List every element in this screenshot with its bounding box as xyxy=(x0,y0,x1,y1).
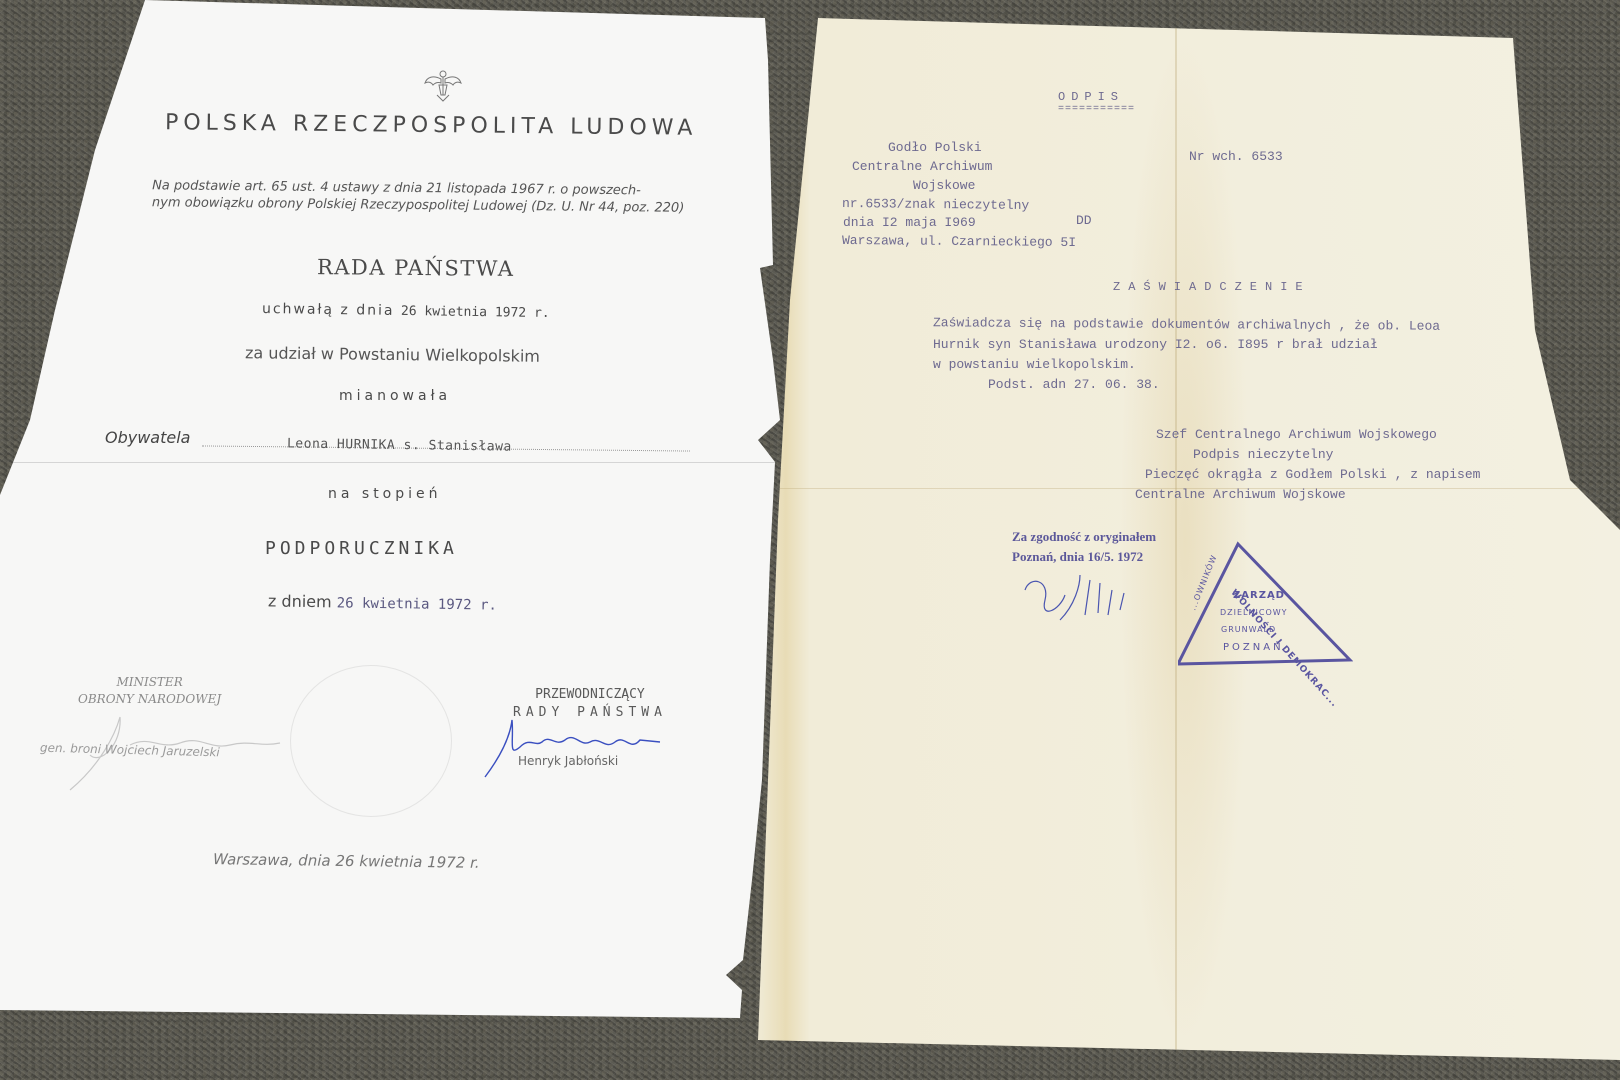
place-date-line: Warszawa, dnia 26 kwietnia 1972 r. xyxy=(213,850,480,872)
header-line: Warszawa, ul. Czarnieckiego 5I xyxy=(842,233,1076,250)
reference-number: Nr wch. 6533 xyxy=(1189,149,1283,164)
body-line: w powstaniu wielkopolskim. xyxy=(933,357,1136,372)
signature-block-line: Centralne Archiwum Wojskowe xyxy=(1135,487,1346,502)
issuer: RADA PAŃSTWA xyxy=(317,255,515,281)
certification-line: Za zgodność z oryginałem xyxy=(1012,529,1156,545)
resolution-date: 26 kwietnia 1972 r. xyxy=(401,304,550,321)
minister-title: MINISTER OBRONY NARODOWEJ xyxy=(78,674,221,708)
rank: PODPORUCZNIKA xyxy=(265,538,458,559)
effective-date: 26 kwietnia 1972 r. xyxy=(337,595,497,613)
body-line: Podst. adn 27. 06. 38. xyxy=(988,377,1160,392)
reason: za udział w Powstaniu Wielkopolskim xyxy=(245,343,540,366)
place-prefix: Warszawa, dnia xyxy=(213,850,331,870)
chairman-signature xyxy=(480,712,670,782)
certificate-title: ZAŚWIADCZENIE xyxy=(1113,280,1311,294)
resolution-line: uchwałą z dnia 26 kwietnia 1972 r. xyxy=(262,301,550,321)
country-title: POLSKA RZECZPOSPOLITA LUDOWA xyxy=(165,110,698,141)
body-line: Zaświadcza się na podstawie dokumentów a… xyxy=(933,315,1440,334)
chairman-name: Henryk Jabłoński xyxy=(518,754,618,768)
header-line: dnia I2 maja I969 xyxy=(843,215,976,230)
triangular-stamp: ZARZĄD DZIELNICOWY GRUNWALD POZNAŃ ...OW… xyxy=(1178,540,1353,685)
paper-fold-vertical xyxy=(1175,20,1177,1060)
effective-prefix: z dniem xyxy=(268,591,332,611)
certifier-signature xyxy=(1020,565,1150,640)
dd-mark: DD xyxy=(1076,213,1092,228)
signature-block-line: Szef Centralnego Archiwum Wojskowego xyxy=(1156,427,1437,442)
signature-block-line: Podpis nieczytelny xyxy=(1193,447,1333,462)
signature-block-line: Pieczęć okrągła z Godłem Polski , z napi… xyxy=(1145,467,1480,482)
certification-line: Poznań, dnia 16/5. 1972 xyxy=(1012,549,1143,565)
minister-title-line: MINISTER xyxy=(78,674,221,691)
citizen-label: Obywatela xyxy=(105,428,190,447)
embossed-seal xyxy=(290,665,452,817)
chairman-title-line: PRZEWODNICZĄCY xyxy=(513,686,667,704)
polish-eagle-icon xyxy=(423,67,463,103)
body-line: Hurnik syn Stanisława urodzony I2. o6. I… xyxy=(933,337,1378,352)
place-date: 26 kwietnia 1972 r. xyxy=(335,852,479,872)
citizen-name: Leona HURNIKA s. Stanisława xyxy=(287,436,512,454)
header-line: Wojskowe xyxy=(913,178,975,193)
effective-date-line: z dniem 26 kwietnia 1972 r. xyxy=(268,591,497,613)
header-line: Centralne Archiwum xyxy=(852,159,992,174)
resolution-prefix: uchwałą z dnia xyxy=(262,301,395,319)
copy-heading: ODPIS xyxy=(1058,90,1124,104)
paper-fold xyxy=(0,462,800,463)
header-line: Godło Polski xyxy=(888,140,982,155)
verb: mianowała xyxy=(339,388,451,404)
copy-heading-underline: =========== xyxy=(1058,104,1135,115)
appointment-certificate: POLSKA RZECZPOSPOLITA LUDOWA Na podstawi… xyxy=(0,0,800,1040)
legal-basis: Na podstawie art. 65 ust. 4 ustawy z dni… xyxy=(152,177,685,217)
rank-prefix: na stopień xyxy=(328,486,442,502)
header-line: nr.6533/znak nieczytelny xyxy=(842,196,1029,213)
